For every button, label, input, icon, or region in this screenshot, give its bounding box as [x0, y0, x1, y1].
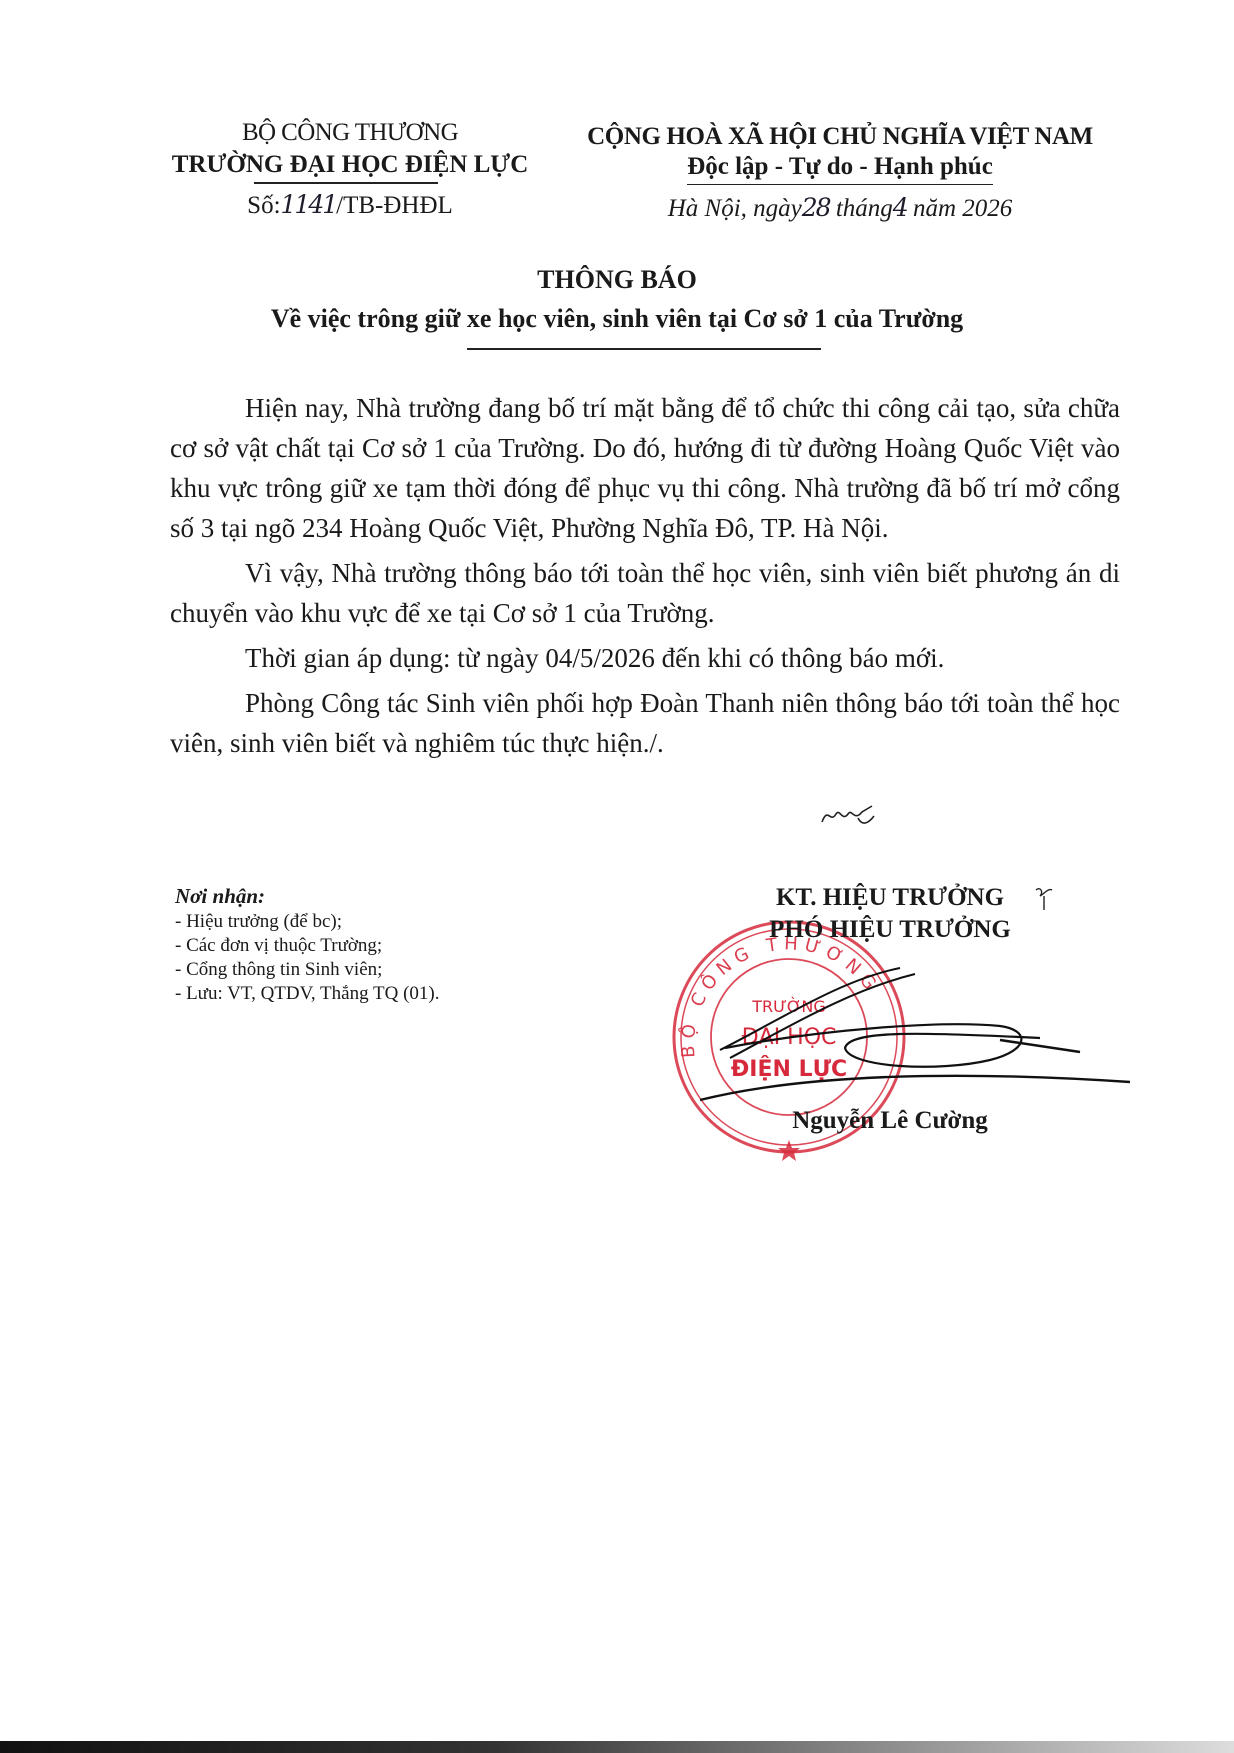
- nation-name: CỘNG HOÀ XÃ HỘI CHỦ NGHĨA VIỆT NAM: [560, 122, 1120, 152]
- issuer-underline: [254, 182, 438, 184]
- date-month: 4: [893, 193, 907, 222]
- notice-subtitle: Về việc trông giữ xe học viên, sinh viên…: [0, 304, 1234, 334]
- date-month-label: tháng: [836, 195, 893, 222]
- signer-name: Nguyễn Lê Cường: [680, 1107, 1100, 1135]
- date-year: năm 2026: [913, 195, 1012, 222]
- doc-number-prefix: Số:: [247, 192, 280, 219]
- notice-body: Hiện nay, Nhà trường đang bố trí mặt bằn…: [170, 388, 1120, 768]
- national-header: CỘNG HOÀ XÃ HỘI CHỦ NGHĨA VIỆT NAM Độc l…: [560, 122, 1120, 224]
- date-line: Hà Nội, ngày28 tháng4 năm 2026: [560, 193, 1120, 224]
- date-day: 28: [802, 193, 830, 222]
- national-motto: Độc lập - Tự do - Hạnh phúc: [687, 152, 993, 185]
- scan-edge: [0, 1741, 1234, 1753]
- title-underline: [467, 348, 821, 350]
- handwritten-signature: [700, 960, 1150, 1110]
- notice-title: THÔNG BÁO: [0, 265, 1234, 295]
- date-place: Hà Nội, ngày: [668, 195, 802, 222]
- signature-title-2: PHÓ HIỆU TRƯỞNG: [680, 914, 1100, 946]
- body-paragraph: Thời gian áp dụng: từ ngày 04/5/2026 đến…: [170, 638, 1120, 678]
- issuer-block: BỘ CÔNG THƯƠNG TRƯỜNG ĐẠI HỌC ĐIỆN LỰC S…: [140, 118, 560, 221]
- recipient-item: - Các đơn vị thuộc Trường;: [175, 934, 595, 958]
- recipient-item: - Hiệu trưởng (để bc);: [175, 910, 595, 934]
- body-paragraph: Phòng Công tác Sinh viên phối hợp Đoàn T…: [170, 683, 1120, 763]
- tick-mark: [1030, 884, 1060, 914]
- recipients-block: Nơi nhận: - Hiệu trưởng (để bc); - Các đ…: [175, 882, 595, 1006]
- school-name: TRƯỜNG ĐẠI HỌC ĐIỆN LỰC: [140, 150, 560, 180]
- recipient-item: - Lưu: VT, QTDV, Thắng TQ (01).: [175, 982, 595, 1006]
- body-paragraph: Vì vậy, Nhà trường thông báo tới toàn th…: [170, 553, 1120, 633]
- initial-mark: [818, 800, 878, 830]
- doc-number-suffix: /TB-ĐHĐL: [336, 192, 453, 219]
- body-paragraph: Hiện nay, Nhà trường đang bố trí mặt bằn…: [170, 388, 1120, 548]
- recipients-heading: Nơi nhận:: [175, 882, 595, 910]
- document-number: Số:1141/TB-ĐHĐL: [140, 190, 560, 221]
- ministry-name: BỘ CÔNG THƯƠNG: [140, 118, 560, 148]
- recipient-item: - Cổng thông tin Sinh viên;: [175, 958, 595, 982]
- doc-number-handwritten: 1141: [281, 190, 337, 219]
